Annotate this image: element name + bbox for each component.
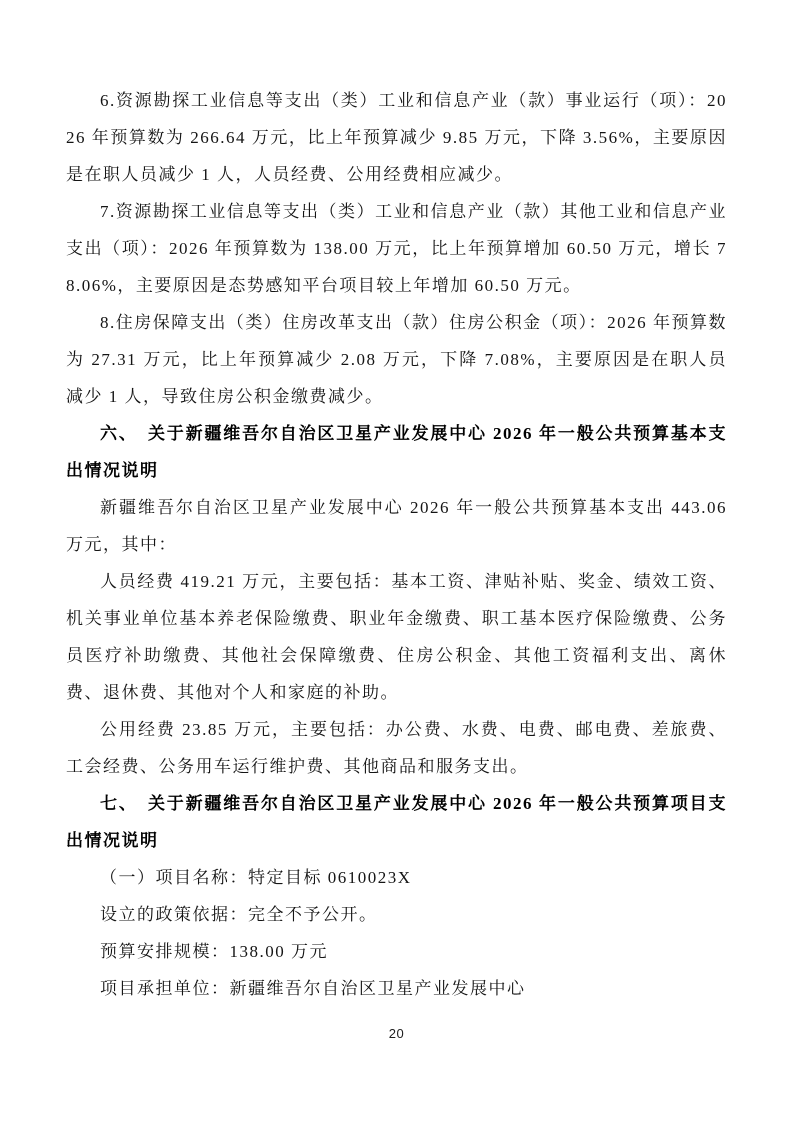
paragraph: 6.资源勘探工业信息等支出（类）工业和信息产业（款）事业运行（项）：2026 年… (66, 82, 727, 193)
paragraph: 新疆维吾尔自治区卫星产业发展中心 2026 年一般公共预算基本支出 443.06… (66, 489, 727, 563)
section-heading: 六、 关于新疆维吾尔自治区卫星产业发展中心 2026 年一般公共预算基本支出情况… (66, 415, 727, 489)
paragraph: （一）项目名称：特定目标 0610023X (66, 859, 727, 896)
paragraph: 项目承担单位：新疆维吾尔自治区卫星产业发展中心 (66, 970, 727, 1007)
paragraph: 设立的政策依据：完全不予公开。 (66, 896, 727, 933)
page-number: 20 (0, 1026, 793, 1041)
paragraph: 8.住房保障支出（类）住房改革支出（款）住房公积金（项）：2026 年预算数为 … (66, 304, 727, 415)
paragraph: 7.资源勘探工业信息等支出（类）工业和信息产业（款）其他工业和信息产业支出（项）… (66, 193, 727, 304)
document-body: 6.资源勘探工业信息等支出（类）工业和信息产业（款）事业运行（项）：2026 年… (66, 82, 727, 1007)
paragraph: 人员经费 419.21 万元，主要包括：基本工资、津贴补贴、奖金、绩效工资、机关… (66, 563, 727, 711)
paragraph: 预算安排规模：138.00 万元 (66, 933, 727, 970)
document-page: 6.资源勘探工业信息等支出（类）工业和信息产业（款）事业运行（项）：2026 年… (0, 0, 793, 1122)
section-heading: 七、 关于新疆维吾尔自治区卫星产业发展中心 2026 年一般公共预算项目支出情况… (66, 785, 727, 859)
paragraph: 公用经费 23.85 万元，主要包括：办公费、水费、电费、邮电费、差旅费、工会经… (66, 711, 727, 785)
